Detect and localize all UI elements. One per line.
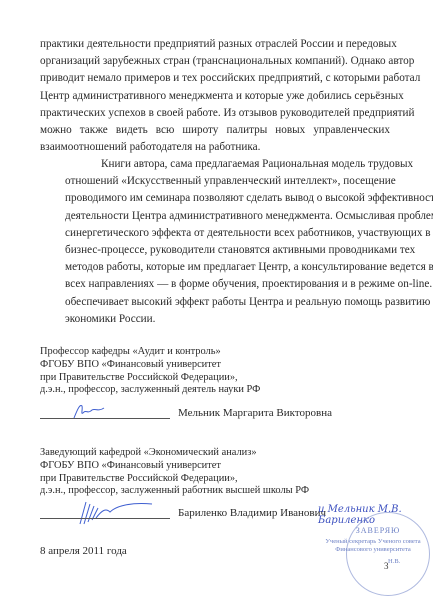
- signatory-1-line: при Правительстве Российской Федерации»,: [40, 372, 260, 385]
- text-line: практических успехов в своей работе. Из …: [40, 105, 390, 122]
- paragraph-2: Книги автора, сама предлагаемая Рационал…: [40, 156, 390, 328]
- signatory-2-title: Заведующий кафедрой «Экономический анали…: [40, 447, 309, 498]
- text-line: отношений «Искусственный управленческий …: [40, 173, 390, 190]
- signatory-2-line: при Правительстве Российской Федерации»,: [40, 473, 309, 486]
- text-line: экономики России.: [40, 311, 390, 328]
- text-line: проводимого им семинара позволяют сделат…: [40, 190, 390, 207]
- stamp-line-1: Ученый секретарь Ученого совета: [318, 538, 428, 545]
- signatory-1-name: Мельник Маргарита Викторовна: [178, 407, 332, 419]
- document-date: 8 апреля 2011 года: [40, 545, 127, 557]
- signature-line-2: [40, 518, 170, 519]
- signatory-2-line: ФГОБУ ВПО «Финансовый университет: [40, 460, 309, 473]
- paragraph-1: практики деятельности предприятий разных…: [40, 36, 390, 156]
- signature-line-1: [40, 418, 170, 419]
- text-line: синергетического эффекта от деятельности…: [40, 225, 390, 242]
- text-line: Книги автора, сама предлагаемая Рационал…: [40, 156, 390, 173]
- text-line: деятельности Центра административного ме…: [40, 208, 390, 225]
- signatory-2-name: Бариленко Владимир Иванович: [178, 507, 326, 519]
- text-line: можно также видеть всю широту палитры но…: [40, 122, 390, 139]
- text-line: методов работы, которые им предлагает Це…: [40, 259, 390, 276]
- text-line: бизнес-процессе, руководители становятся…: [40, 242, 390, 259]
- document-page: практики деятельности предприятий разных…: [0, 0, 433, 600]
- text-line: обеспечивает высокий эффект работы Центр…: [40, 294, 390, 311]
- signatory-1-line: Профессор кафедры «Аудит и контроль»: [40, 346, 260, 359]
- signatory-2-line: д.э.н., профессор, заслуженный работник …: [40, 485, 309, 498]
- signatory-2-line: Заведующий кафедрой «Экономический анали…: [40, 447, 309, 460]
- text-line: взаимоотношений работодателя на работник…: [40, 139, 390, 156]
- signatory-1-line: д.э.н., профессор, заслуженный деятель н…: [40, 384, 260, 397]
- text-line: всех направлениях — в форме обучения, пр…: [40, 276, 390, 293]
- stamp-circle: [346, 512, 430, 596]
- signature-2-icon: [76, 498, 156, 526]
- stamp-title: ЗАВЕРЯЮ: [338, 526, 418, 535]
- page-number: 3: [384, 561, 389, 571]
- certification-stamp: ЗАВЕРЯЮ Ученый секретарь Ученого совета …: [318, 516, 428, 596]
- signatory-1-line: ФГОБУ ВПО «Финансовый университет: [40, 359, 260, 372]
- text-line: приводит немало примеров и тех российски…: [40, 70, 390, 87]
- text-line: практики деятельности предприятий разных…: [40, 36, 390, 53]
- text-line: Центр административного менеджмента и ко…: [40, 88, 390, 105]
- signatory-1-title: Профессор кафедры «Аудит и контроль» ФГО…: [40, 346, 260, 397]
- stamp-initials: Н.В.: [388, 558, 400, 565]
- stamp-line-2: Финансового университета: [318, 546, 428, 553]
- text-line: организаций зарубежных стран (транснацио…: [40, 53, 390, 70]
